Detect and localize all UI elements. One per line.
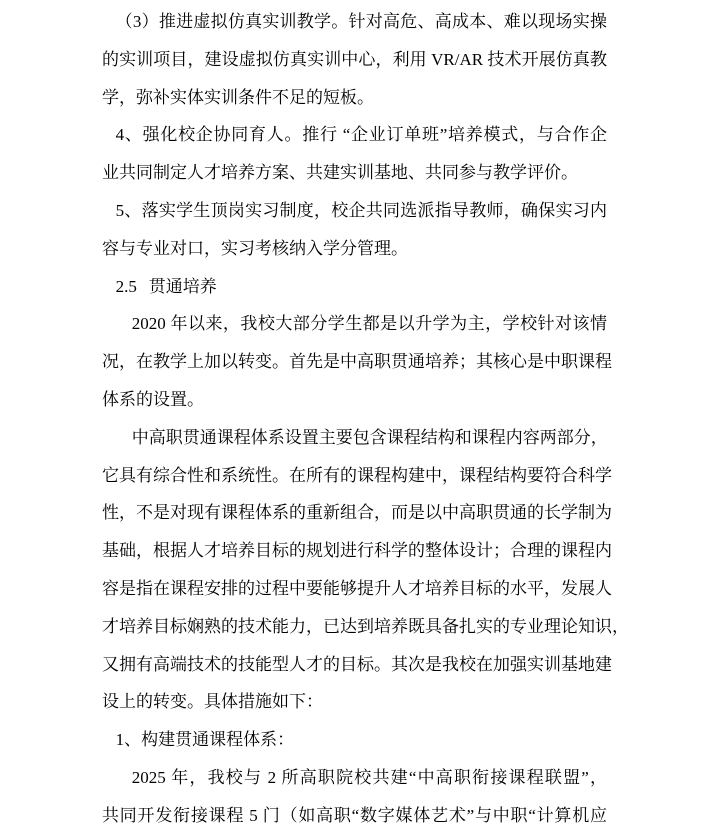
text-line: 性，不是对现有课程体系的重新组合，而是以中高职贯通的长学制为 — [102, 494, 607, 532]
section-heading: 2.5贯通培养 — [102, 268, 607, 306]
text-line: 学，弥补实体实训条件不足的短板。 — [102, 79, 607, 117]
text-line: 容与专业对口，实习考核纳入学分管理。 — [102, 230, 607, 268]
document-body: （3）推进虚拟仿真实训教学。针对高危、高成本、难以现场实操的实训项目，建设虚拟仿… — [102, 3, 607, 827]
section-number: 2.5 — [116, 277, 137, 296]
text-line: 况，在教学上加以转变。首先是中高职贯通培养；其核心是中职课程 — [102, 343, 607, 381]
text-line: 又拥有高端技术的技能型人才的目标。其次是我校在加强实训基地建 — [102, 646, 607, 684]
text-line: 设上的转变。具体措施如下： — [102, 683, 607, 721]
text-line: 5、落实学生顶岗实习制度，校企共同选派指导教师，确保实习内 — [102, 192, 607, 230]
document-page: （3）推进虚拟仿真实训教学。针对高危、高成本、难以现场实操的实训项目，建设虚拟仿… — [0, 0, 712, 827]
text-line: 才培养目标娴熟的技术能力，已达到培养既具备扎实的专业理论知识， — [102, 608, 607, 646]
text-line: 业共同制定人才培养方案、共建实训基地、共同参与教学评价。 — [102, 154, 607, 192]
section-title: 贯通培养 — [149, 277, 217, 296]
text-line: 共同开发衔接课程 5 门（如高职“数字媒体艺术”与中职“计算机应 — [102, 797, 607, 827]
text-line: 2020 年以来，我校大部分学生都是以升学为主，学校针对该情 — [102, 305, 607, 343]
text-line: 基础，根据人才培养目标的规划进行科学的整体设计；合理的课程内 — [102, 532, 607, 570]
text-line: （3）推进虚拟仿真实训教学。针对高危、高成本、难以现场实操 — [102, 3, 607, 41]
text-line: 它具有综合性和系统性。在所有的课程构建中，课程结构要符合科学 — [102, 457, 607, 495]
text-line: 1、构建贯通课程体系： — [102, 721, 607, 759]
text-line: 2025 年，我校与 2 所高职院校共建“中高职衔接课程联盟”， — [102, 759, 607, 797]
text-line: 体系的设置。 — [102, 381, 607, 419]
text-line: 的实训项目，建设虚拟仿真实训中心，利用 VR/AR 技术开展仿真教 — [102, 41, 607, 79]
text-line: 中高职贯通课程体系设置主要包含课程结构和课程内容两部分， — [102, 419, 607, 457]
text-line: 4、强化校企协同育人。推行 “企业订单班”培养模式，与合作企 — [102, 116, 607, 154]
text-line: 容是指在课程安排的过程中要能够提升人才培养目标的水平，发展人 — [102, 570, 607, 608]
